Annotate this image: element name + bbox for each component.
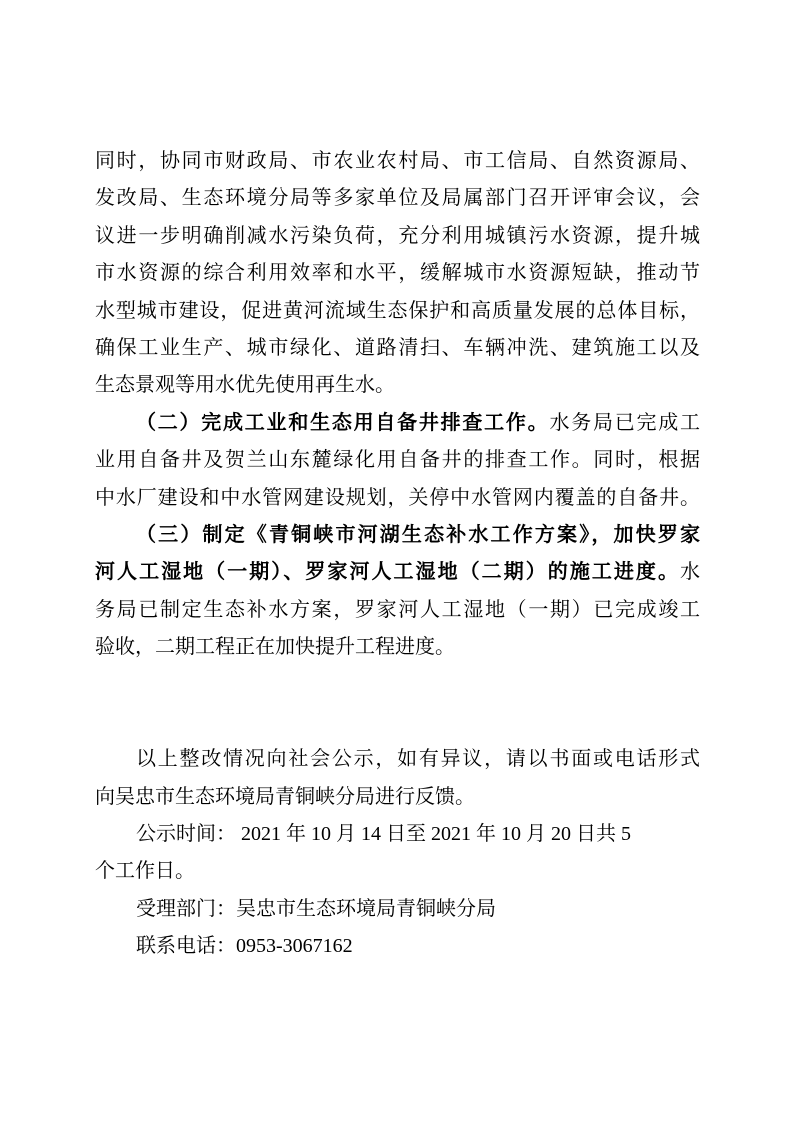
text-run: 市水资源的综合利用效率和水平，缓解城市水资源短缺，推动节: [95, 262, 700, 284]
text-run: 水: [680, 561, 700, 583]
text-run: 联系电话：0953-3067162: [136, 935, 353, 957]
text-line: 水型城市建设，促进黄河流域生态保护和高质量发展的总体目标，: [95, 293, 700, 330]
text-run: 水型城市建设，促进黄河流域生态保护和高质量发展的总体目标，: [95, 300, 700, 322]
text-line: 业用自备井及贺兰山东麓绿化用自备井的排查工作。同时，根据: [95, 442, 700, 479]
text-run: 议进一步明确削减水污染负荷，充分利用城镇污水资源，提升城: [95, 225, 700, 247]
text-run: 生态景观等用水优先使用再生水。: [95, 374, 395, 396]
text-run: 个工作日。: [95, 860, 195, 882]
text-line: 以上整改情况向社会公示，如有异议，请以书面或电话形式: [95, 741, 700, 778]
text-run: 水务局已完成工: [549, 412, 700, 434]
text-run: 中水厂建设和中水管网建设规划，关停中水管网内覆盖的自备井。: [95, 487, 700, 509]
text-line: 确保工业生产、城市绿化、道路清扫、车辆冲洗、建筑施工以及: [95, 330, 700, 367]
bold-text-run: （二）完成工业和生态用自备井排查工作。: [136, 412, 549, 434]
bold-text-run: （三）制定《青铜峡市河湖生态补水工作方案》，加快罗家: [136, 524, 700, 546]
text-line: 个工作日。: [95, 853, 700, 890]
text-line: （三）制定《青铜峡市河湖生态补水工作方案》，加快罗家: [95, 517, 700, 554]
text-line: 市水资源的综合利用效率和水平，缓解城市水资源短缺，推动节: [95, 255, 700, 292]
text-line: 联系电话：0953-3067162: [95, 928, 700, 965]
text-run: 公示时间： 2021 年 10 月 14 日至 2021 年 10 月 20 日…: [136, 823, 631, 845]
text-run: 以上整改情况向社会公示，如有异议，请以书面或电话形式: [136, 748, 700, 770]
document-page: 同时，协同市财政局、市农业农村局、市工信局、自然资源局、发改局、生态环境分局等多…: [0, 0, 793, 1122]
text-line: 发改局、生态环境分局等多家单位及局属部门召开评审会议，会: [95, 180, 700, 217]
text-run: 向吴忠市生态环境局青铜峡分局进行反馈。: [95, 786, 475, 808]
document-body: 同时，协同市财政局、市农业农村局、市工信局、自然资源局、发改局、生态环境分局等多…: [95, 143, 700, 966]
text-line: 验收，二期工程正在加快提升工程进度。: [95, 629, 700, 666]
text-line: 河人工湿地（一期）、罗家河人工湿地（二期）的施工进度。水: [95, 554, 700, 591]
bold-text-run: 河人工湿地（一期）、罗家河人工湿地（二期）的施工进度。: [95, 561, 680, 583]
text-line: 公示时间： 2021 年 10 月 14 日至 2021 年 10 月 20 日…: [95, 816, 700, 853]
text-line: 生态景观等用水优先使用再生水。: [95, 367, 700, 404]
text-line: 受理部门：吴忠市生态环境局青铜峡分局: [95, 891, 700, 928]
text-run: 验收，二期工程正在加快提升工程进度。: [95, 636, 455, 658]
text-run: 业用自备井及贺兰山东麓绿化用自备井的排查工作。同时，根据: [95, 449, 700, 471]
text-run: 受理部门：吴忠市生态环境局青铜峡分局: [136, 898, 496, 920]
blank-line: [95, 704, 700, 741]
text-line: 向吴忠市生态环境局青铜峡分局进行反馈。: [95, 779, 700, 816]
text-run: 同时，协同市财政局、市农业农村局、市工信局、自然资源局、: [95, 150, 700, 172]
text-run: 发改局、生态环境分局等多家单位及局属部门召开评审会议，会: [95, 187, 700, 209]
blank-line: [95, 666, 700, 703]
text-line: （二）完成工业和生态用自备井排查工作。水务局已完成工: [95, 405, 700, 442]
text-run: 确保工业生产、城市绿化、道路清扫、车辆冲洗、建筑施工以及: [95, 337, 700, 359]
text-line: 中水厂建设和中水管网建设规划，关停中水管网内覆盖的自备井。: [95, 480, 700, 517]
text-line: 务局已制定生态补水方案，罗家河人工湿地（一期）已完成竣工: [95, 592, 700, 629]
text-line: 同时，协同市财政局、市农业农村局、市工信局、自然资源局、: [95, 143, 700, 180]
text-run: 务局已制定生态补水方案，罗家河人工湿地（一期）已完成竣工: [95, 599, 700, 621]
text-line: 议进一步明确削减水污染负荷，充分利用城镇污水资源，提升城: [95, 218, 700, 255]
